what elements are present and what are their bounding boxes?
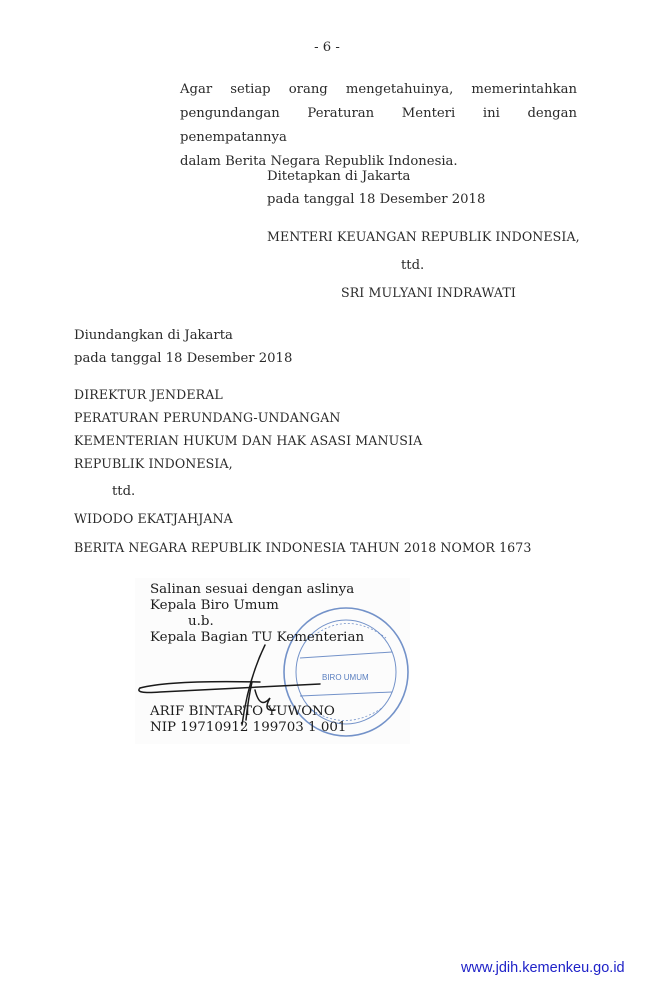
paragraph-line: pengundangan Peraturan Menteri ini denga… bbox=[180, 102, 577, 150]
enactment-signatory: SRI MULYANI INDRAWATI bbox=[341, 285, 516, 301]
copy-signatory-nip: NIP 19710912 199703 1 001 bbox=[150, 720, 346, 736]
promulgation-signatory: WIDODO EKATJAHJANA bbox=[74, 511, 233, 527]
promulgation-office-line: REPUBLIK INDONESIA, bbox=[74, 456, 233, 472]
gazette-line: BERITA NEGARA REPUBLIK INDONESIA TAHUN 2… bbox=[74, 540, 532, 556]
enactment-place: Ditetapkan di Jakarta bbox=[267, 169, 410, 185]
promulgation-date: pada tanggal 18 Desember 2018 bbox=[74, 351, 292, 367]
promulgation-office-line: DIREKTUR JENDERAL bbox=[74, 387, 223, 403]
copy-line: u.b. bbox=[188, 614, 214, 630]
promulgation-signed-mark: ttd. bbox=[112, 484, 135, 500]
footer-url-link[interactable]: www.jdih.kemenkeu.go.id bbox=[461, 960, 625, 976]
promulgation-office-line: PERATURAN PERUNDANG-UNDANGAN bbox=[74, 410, 341, 426]
copy-line: Kepala Biro Umum bbox=[150, 598, 279, 614]
page-number: - 6 - bbox=[0, 40, 654, 56]
promulgation-office-line: KEMENTERIAN HUKUM DAN HAK ASASI MANUSIA bbox=[74, 433, 422, 449]
copy-signatory-name: ARIF BINTARTO YUWONO bbox=[150, 704, 335, 720]
enactment-office: MENTERI KEUANGAN REPUBLIK INDONESIA, bbox=[267, 229, 580, 245]
copy-line: Salinan sesuai dengan aslinya bbox=[150, 582, 354, 598]
enactment-signed-mark: ttd. bbox=[401, 258, 424, 274]
promulgation-place: Diundangkan di Jakarta bbox=[74, 328, 233, 344]
paragraph-line: Agar setiap orang mengetahuinya, memerin… bbox=[180, 78, 577, 102]
closing-paragraph: Agar setiap orang mengetahuinya, memerin… bbox=[180, 78, 577, 174]
enactment-date: pada tanggal 18 Desember 2018 bbox=[267, 192, 485, 208]
